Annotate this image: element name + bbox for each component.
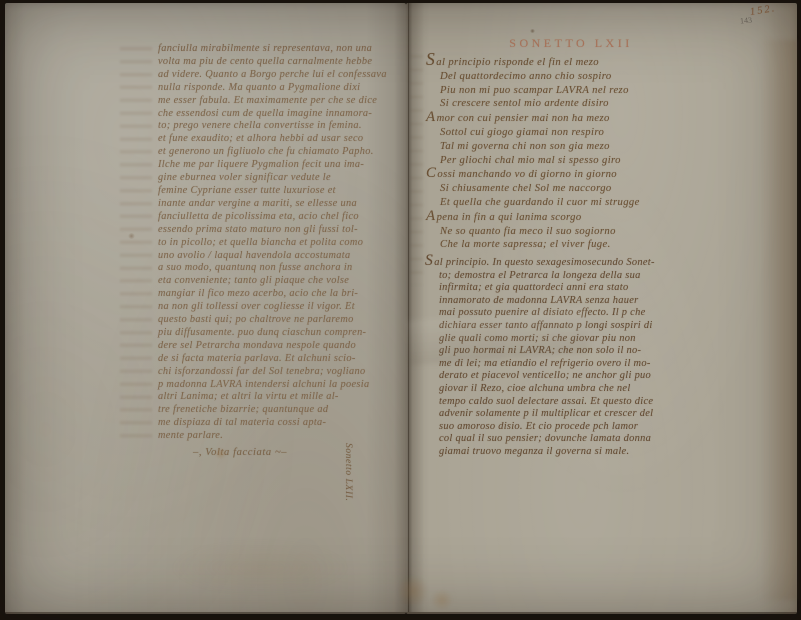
manuscript-line: gli puo hormai ni LAVRA; che non solo il… — [439, 345, 721, 358]
manuscript-line: Sottol cui giogo giamai non respiro — [440, 126, 720, 140]
manuscript-line: et generono un figliuolo che fu chiamato… — [158, 146, 410, 159]
manuscript-line: tre frenetiche bizarrie; quantunque ad — [158, 404, 410, 417]
manuscript-line: et fune exaudito; et alhora hebbi ad usa… — [158, 133, 410, 146]
manuscript-line: p madonna LAVRA intendersi alchuni la po… — [158, 379, 410, 392]
sonnet-text: Sal principio risponde el fin el mezoDel… — [426, 53, 720, 252]
manuscript-line: eta conveniente; tanto gli piaque che vo… — [158, 275, 410, 288]
left-page: fanciulla mirabilmente si representava, … — [5, 3, 406, 614]
commentary-text: Sal principio. In questo sexagesimosecun… — [426, 255, 721, 459]
manuscript-line: Sal principio risponde el fin el mezo — [440, 53, 720, 70]
manuscript-line: me esser fabula. Et maximamente per che … — [158, 95, 410, 108]
manuscript-line: to; demostra el Petrarca la longeza dell… — [439, 270, 721, 283]
manuscript-line: volta ma piu de cento quella carnalmente… — [158, 56, 410, 69]
manuscript-line: me di lei; ma etiandio el refrigerio ove… — [439, 358, 721, 371]
manuscript-line: col qual il suo pensier; dovunche lamata… — [439, 433, 721, 446]
manuscript-line: tempo caldo suol delectare assai. Et que… — [439, 396, 721, 409]
manuscript-line: dere sel Petrarcha mondava nespole quand… — [158, 340, 410, 353]
manuscript-line: Sal principio. In questo sexagesimosecun… — [439, 255, 721, 270]
manuscript-line: Apena in fin a qui lanima scorgo — [440, 210, 720, 225]
ink-bleed-through — [410, 55, 423, 285]
manuscript-line: to; prego venere chella convertisse in f… — [158, 120, 410, 133]
manuscript-line: suo amoroso disio. Et cio procede pch la… — [439, 421, 721, 434]
manuscript-line: mai possuto puenire al disiato effecto. … — [439, 307, 721, 320]
manuscript-line: altri Lanima; et altri la virtu et mille… — [158, 391, 410, 404]
turn-page-note: –, Volta facciata ~– — [193, 447, 287, 458]
manuscript-line: mangiar il fico mezo acerbo, acio che la… — [158, 288, 410, 301]
manuscript-line: chi isforzandossi far del Sol tenebra; v… — [158, 366, 410, 379]
folio-number-pencil: 143 — [740, 15, 753, 25]
manuscript-line: essendo prima stato maturo non gli fussi… — [158, 224, 410, 237]
left-page-commentary-text: fanciulla mirabilmente si representava, … — [158, 43, 410, 443]
manuscript-line: che essendosi cum de quella imagine inna… — [158, 108, 410, 121]
manuscript-line: Si chiusamente chel Sol me naccorgo — [440, 182, 720, 196]
manuscript-line: Tal mi governa chi non son gia mezo — [440, 140, 720, 154]
manuscript-line: gine eburnea voler significar vedute le — [158, 172, 410, 185]
manuscript-photo: fanciulla mirabilmente si representava, … — [0, 0, 801, 620]
manuscript-line: infirmita; et gia quattordeci anni era s… — [439, 282, 721, 295]
manuscript-line: me dispiaza di tal materia cossi apta- — [158, 417, 410, 430]
manuscript-line: advenir solamente p il multiplicar et cr… — [439, 408, 721, 421]
manuscript-line: nulla risponde. Ma quanto a Pygmalione d… — [158, 82, 410, 95]
manuscript-line: Piu non mi puo scampar LAVRA nel rezo — [440, 84, 720, 98]
manuscript-line: Che la morte sapressa; el viver fuge. — [440, 238, 720, 252]
manuscript-line: Ilche me par liquere Pygmalion fecit una… — [158, 159, 410, 172]
manuscript-line: to in picollo; et quella biancha et poli… — [158, 237, 410, 250]
manuscript-line: Et quella che guardando il cuor mi strug… — [440, 196, 720, 210]
manuscript-line: glie quali como morti; si che giovar piu… — [439, 333, 721, 346]
ink-bleed-through — [120, 47, 152, 443]
manuscript-line: inante andar vergine a mariti, se elless… — [158, 198, 410, 211]
manuscript-line: fanciulletta de picolissima eta, acio ch… — [158, 211, 410, 224]
manuscript-line: Ne so quanto fia meco il suo sogiorno — [440, 225, 720, 239]
manuscript-line: mente parlare. — [158, 430, 410, 443]
manuscript-line: uno avolio / laqual havendola accostumat… — [158, 250, 410, 263]
manuscript-line: piu diffusamente. puo dunq ciaschun comp… — [158, 327, 410, 340]
manuscript-line: Si crescere sentol mio ardente disiro — [440, 97, 720, 111]
manuscript-line: questo basti qui; po chaltrove ne parlar… — [158, 314, 410, 327]
vertical-catchword: Sonetto LXII. — [343, 443, 353, 533]
manuscript-line: Amor con cui pensier mai non ha mezo — [440, 111, 720, 126]
manuscript-line: Cossi manchando vo di giorno in giorno — [440, 167, 720, 182]
manuscript-line: innamorato de madonna LAVRA senza hauer — [439, 295, 721, 308]
manuscript-line: dichiara esser tanto affannato p longi s… — [439, 320, 721, 333]
folio-number-ink: 152. — [749, 3, 777, 18]
manuscript-line: ad videre. Quanto a Borgo perche lui el … — [158, 69, 410, 82]
manuscript-line: giamai truovo meganza il governa si male… — [439, 446, 721, 459]
manuscript-line: de si facta materia parlava. Et alchuni … — [158, 353, 410, 366]
right-page: 152. 143 SONETTO LXII Sal principio risp… — [406, 3, 797, 614]
manuscript-line: Per gliochi chal mio mal si spesso giro — [440, 154, 720, 168]
manuscript-line: na non gli tollessi over cogliesse il vi… — [158, 301, 410, 314]
manuscript-line: fanciulla mirabilmente si representava, … — [158, 43, 410, 56]
manuscript-line: derato et piacevol venticello; ne anchor… — [439, 370, 721, 383]
manuscript-line: femine Cypriane esser tutte luxuriose et — [158, 185, 410, 198]
sonnet-heading: SONETTO LXII — [464, 36, 678, 51]
manuscript-line: giovar il Rezo, cioe alchuna umbra che n… — [439, 383, 721, 396]
manuscript-line: Del quattordecimo anno chio sospiro — [440, 70, 720, 84]
manuscript-line: a suo modo, quantunq non fusse anchora i… — [158, 262, 410, 275]
